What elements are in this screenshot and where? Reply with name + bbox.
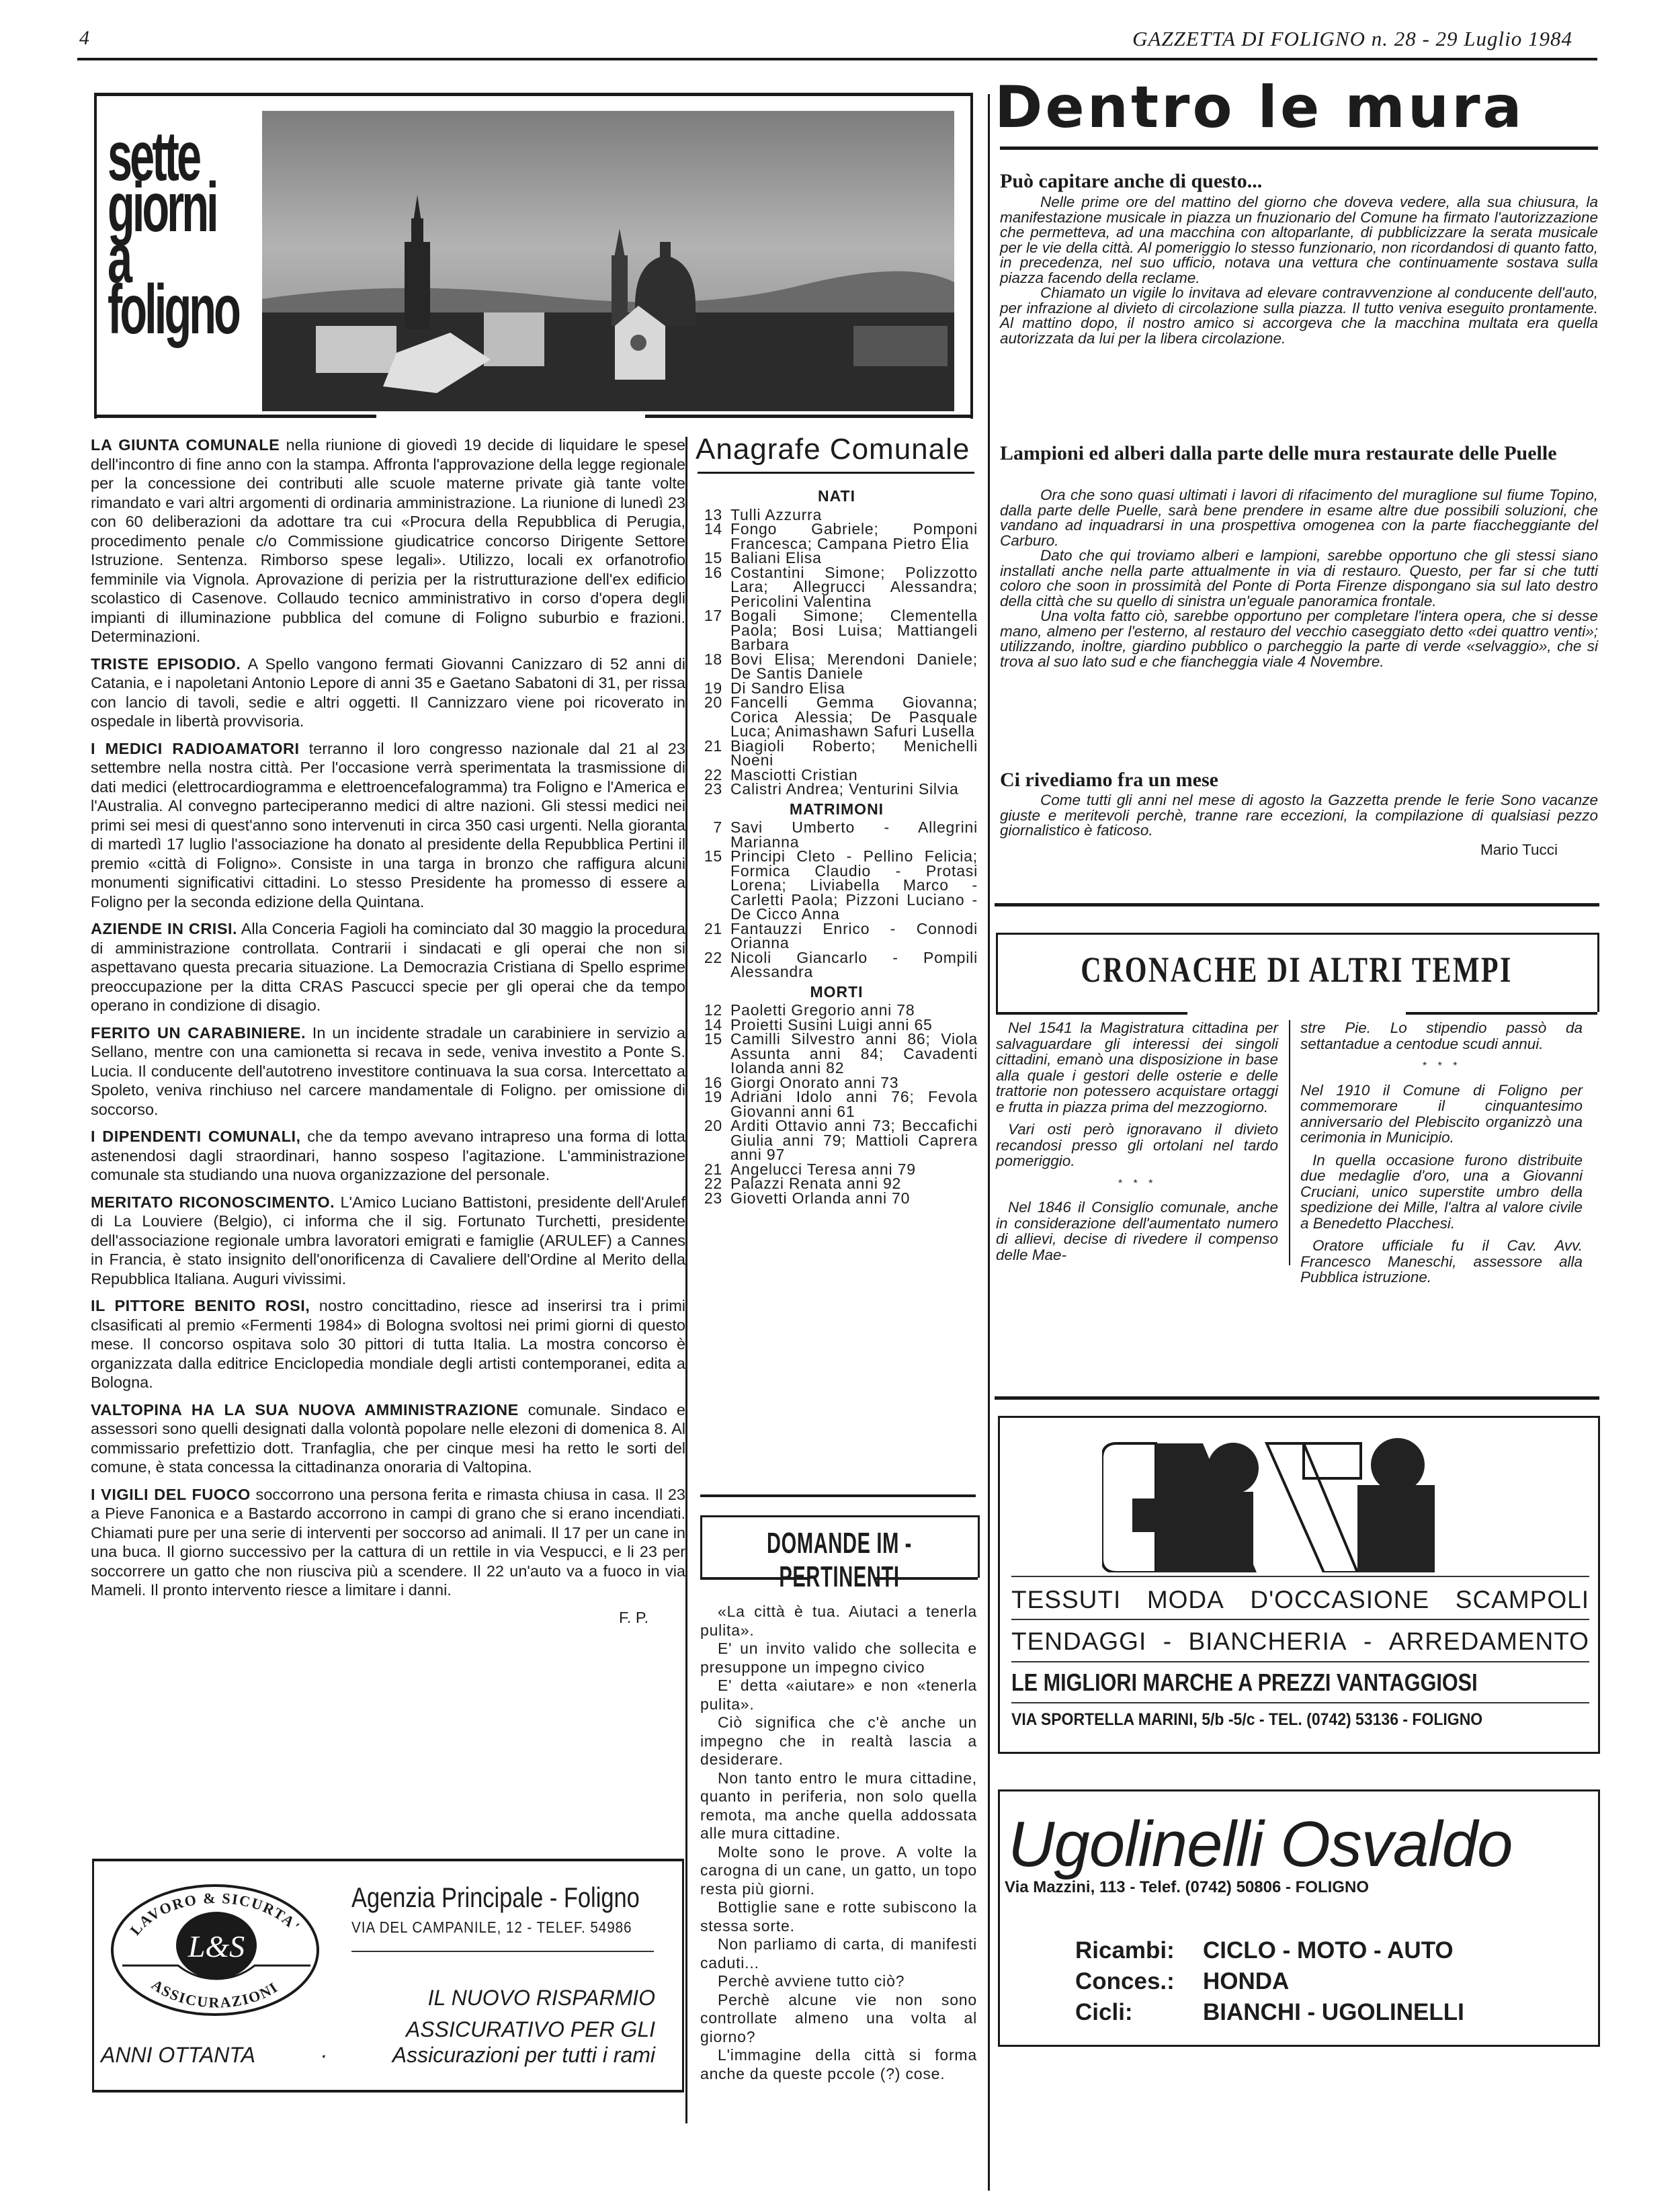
news-lead: I DIPENDENTI COMUNALI, [91,1128,301,1145]
news-lead: I MEDICI RADIOAMATORI [91,740,300,757]
header-rule [77,58,1597,60]
frame-rule [94,415,376,418]
lavoro-sicurta-logo-icon: LAVORO & SICURTA' ASSICURAZIONI L&S [108,1882,323,2019]
service-row: Ricambi:CICLO - MOTO - AUTO [1075,1935,1464,1966]
news-lead: AZIENDE IN CRISI. [91,920,237,937]
article-headline: Lampioni ed alberi dalla parte delle mur… [1000,444,1598,464]
title-rule [1000,146,1598,150]
news-item: I VIGILI DEL FUOCO soccorrono una person… [91,1485,685,1600]
masthead: GAZZETTA DI FOLIGNO n. 28 - 29 Luglio 19… [1132,27,1572,51]
paragraph: stre Pie. Lo stipendio passò da settanta… [1300,1020,1583,1052]
foligno-skyline-photo [262,111,954,411]
list-item: 21Fantauzzi Enrico - Connodi Orianna [696,922,978,951]
news-item: IL PITTORE BENITO ROSI, nostro concittad… [91,1296,685,1392]
ugolinelli-address: Via Mazzini, 113 - Telef. (0742) 50806 -… [1005,1878,1369,1897]
news-text: terranno il loro congresso nazionale dal… [91,740,685,911]
article-body: Come tutti gli anni nel mese di agosto l… [1000,793,1598,857]
news-item: VALTOPINA HA LA SUA NUOVA AMMINISTRAZION… [91,1400,685,1477]
frame-rule [874,1577,978,1580]
list-item: 14Fongo Gabriele; Pomponi Francesca; Cam… [696,522,978,551]
news-item: MERITATO RICONOSCIMENTO. L'Amico Luciano… [91,1193,685,1289]
sette-giorni-title: sette giorni a foligno [108,131,198,335]
ugolinelli-services: Ricambi:CICLO - MOTO - AUTO Conces.:HOND… [1075,1935,1464,2028]
paragraph: Nel 1910 il Comune di Foligno per commem… [1300,1083,1583,1146]
pani-line-1: TESSUTI MODA D'OCCASIONE SCAMPOLI [1011,1586,1589,1614]
column-divider [988,94,990,2191]
paragraph: Vari osti però ignoravano il divieto rec… [996,1122,1278,1169]
svg-text:ASSICURAZIONI: ASSICURAZIONI [149,1976,282,2011]
column-divider [685,437,687,2123]
author-signature: Mario Tucci [1000,843,1598,858]
paragraph: Una volta fatto ciò, sarebbe opportuno p… [1000,609,1598,669]
paragraph: Molte sono le prove. A volte la carogna … [700,1843,977,1899]
list-item: 20Fancelli Gemma Giovanna; Corica Alessi… [696,695,978,739]
paragraph: Oratore ufficiale fu il Cav. Avv. France… [1300,1238,1583,1285]
news-item: LA GIUNTA COMUNALE nella riunione di gio… [91,435,685,646]
domande-body: «La città è tua. Aiutaci a tenerla pulit… [700,1603,977,2083]
paragraph: E' un invito valido che sollecita e pres… [700,1640,977,1677]
frame-rule [1406,1012,1597,1015]
paragraph: Bottiglie sane e rotte subiscono la stes… [700,1898,977,1935]
news-lead: MERITATO RICONOSCIMENTO. [91,1193,335,1211]
paragraph: Non tanto entro le mura cittadine, quant… [700,1769,977,1843]
ad-rule [351,1951,654,1952]
ad-rule [1011,1661,1589,1662]
news-text: nella riunione di giovedì 19 decide di l… [91,436,685,645]
news-lead: TRISTE EPISODIO. [91,655,241,673]
paragraph: Perchè alcune vie non sono controllate a… [700,1991,977,2047]
ad-rule [1011,1576,1589,1577]
section-heading-matrimoni: MATRIMONI [696,802,978,817]
anagrafe-rule [698,472,974,474]
cronache-right-column: stre Pie. Lo stipendio passò da settanta… [1300,1020,1583,1292]
title-line: foligno [108,284,198,335]
ad-rule [1011,1702,1589,1703]
article-headline: Può capitare anche di questo... [1000,171,1598,192]
separator-stars: * * * [1300,1058,1583,1074]
frame-rule [700,1577,808,1580]
anagrafe-end-rule [700,1494,976,1497]
list-item: 18Bovi Elisa; Merendoni Daniele; De Sant… [696,652,978,681]
news-item: I MEDICI RADIOAMATORI terranno il loro c… [91,739,685,912]
column-divider [1289,1020,1290,1265]
pani-line-2: TENDAGGI - BIANCHERIA - ARREDAMENTO [1011,1628,1589,1656]
svg-text:L&S: L&S [187,1929,245,1963]
list-item: 19Adriani Idolo anni 76; Fevola Giovanni… [696,1090,978,1119]
news-lead: VALTOPINA HA LA SUA NUOVA AMMINISTRAZION… [91,1401,519,1419]
paragraph: Ora che sono quasi ultimati i lavori di … [1000,488,1598,548]
news-item: TRISTE EPISODIO. A Spello vangono fermat… [91,654,685,731]
paragraph: Come tutti gli anni nel mese di agosto l… [1000,793,1598,839]
paragraph: Perchè avviene tutto ciò? [700,1972,977,1991]
anagrafe-list: NATI 13Tulli Azzurra 14Fongo Gabriele; P… [696,484,978,1206]
ugolinelli-name: Ugolinelli Osvaldo [1008,1808,1512,1882]
list-item: 20Arditi Ottavio anni 73; Beccafichi Giu… [696,1119,978,1163]
list-item: 21Biagioli Roberto; Menichelli Noeni [696,739,978,768]
article-headline: Ci rivediamo fra un mese [1000,770,1598,790]
news-lead: IL PITTORE BENITO ROSI, [91,1297,310,1314]
list-item: 17Bogali Simone; Clementella Paola; Bosi… [696,609,978,652]
page-number: 4 [79,27,89,50]
frame-rule [645,415,970,418]
section-heading-morti: MORTI [696,985,978,1000]
domande-title: DOMANDE IM - PERTINENTI [747,1527,931,1594]
separator-stars: * * * [996,1176,1278,1192]
paragraph: Nel 1541 la Magistratura cittadina per s… [996,1020,1278,1115]
list-item: 22Nicoli Giancarlo - Pompili Alessandra [696,951,978,980]
sette-giorni-news: LA GIUNTA COMUNALE nella riunione di gio… [91,435,685,1635]
service-row: Conces.:HONDA [1075,1966,1464,1997]
agency-name: Agenzia Principale - Foligno [351,1882,640,1914]
pani-slogan: LE MIGLIORI MARCHE A PREZZI VANTAGGIOSI [1011,1669,1503,1697]
paragraph: «La città è tua. Aiutaci a tenerla pulit… [700,1603,977,1640]
paragraph: Ciò significa che c'è anche un impegno c… [700,1714,977,1769]
ad-tagline: ANNI OTTANTA · Assicurazioni per tutti i… [101,2043,655,2068]
paragraph: Non parliamo di carta, di manifesti cadu… [700,1935,977,1972]
pani-logo-icon: Pa&Ni [1102,1438,1519,1572]
list-item: 23Calistri Andrea; Venturini Silvia [696,782,978,797]
news-item: FERITO UN CARABINIERE. In un incidente s… [91,1023,685,1120]
dentro-le-mura-title: Dentro le mura [995,74,1613,141]
article-body: Nelle prime ore del mattino del giorno c… [1000,195,1598,346]
skyline-illustration [262,111,954,411]
frame-rule [996,1012,1187,1015]
author-signature: F. P. [91,1608,685,1628]
ad-slogan: IL NUOVO RISPARMIO ASSICURATIVO PER GLI [376,1982,655,2045]
list-item: 15Camilli Silvestro anni 86; Viola Assun… [696,1032,978,1076]
ad-rule [1011,1619,1589,1620]
news-lead: LA GIUNTA COMUNALE [91,436,280,454]
section-heading-nati: NATI [696,489,978,504]
list-item: 7Savi Umberto - Allegrini Marianna [696,820,978,849]
paragraph: E' detta «aiutare» e non «tenerla pulita… [700,1677,977,1714]
service-row: Cicli:BIANCHI - UGOLINELLI [1075,1997,1464,2028]
paragraph: Nelle prime ore del mattino del giorno c… [1000,195,1598,286]
section-rule [995,1396,1599,1400]
paragraph: Nel 1846 il Consiglio comunale, anche in… [996,1199,1278,1263]
cronache-title: CRONACHE DI ALTRI TEMPI [1062,949,1531,990]
agency-address: VIA DEL CAMPANILE, 12 - TELEF. 54986 [351,1918,632,1937]
list-item: 23Giovetti Orlanda anni 70 [696,1191,978,1206]
paragraph: L'immagine della città si forma anche da… [700,2046,977,2083]
news-lead: I VIGILI DEL FUOCO [91,1486,251,1503]
cronache-left-column: Nel 1541 la Magistratura cittadina per s… [996,1020,1278,1269]
list-item: 16Costantini Simone; Polizzotto Lara; Al… [696,566,978,609]
section-rule [995,903,1599,906]
news-item: I DIPENDENTI COMUNALI, che da tempo avev… [91,1127,685,1185]
article-body: Ora che sono quasi ultimati i lavori di … [1000,488,1598,669]
pani-address: VIA SPORTELLA MARINI, 5/b -5/c - TEL. (0… [1011,1710,1543,1730]
news-item: AZIENDE IN CRISI. Alla Conceria Fagioli … [91,919,685,1015]
list-item: 15Principi Cleto - Pellino Felicia; Form… [696,849,978,922]
news-lead: FERITO UN CARABINIERE. [91,1024,306,1042]
anagrafe-title: Anagrafe Comunale [696,433,978,466]
paragraph: Dato che qui troviamo alberi e lampioni,… [1000,548,1598,609]
paragraph: Chiamato un vigile lo invitava ad elevar… [1000,286,1598,346]
paragraph: In quella occasione furono distribuite d… [1300,1152,1583,1232]
